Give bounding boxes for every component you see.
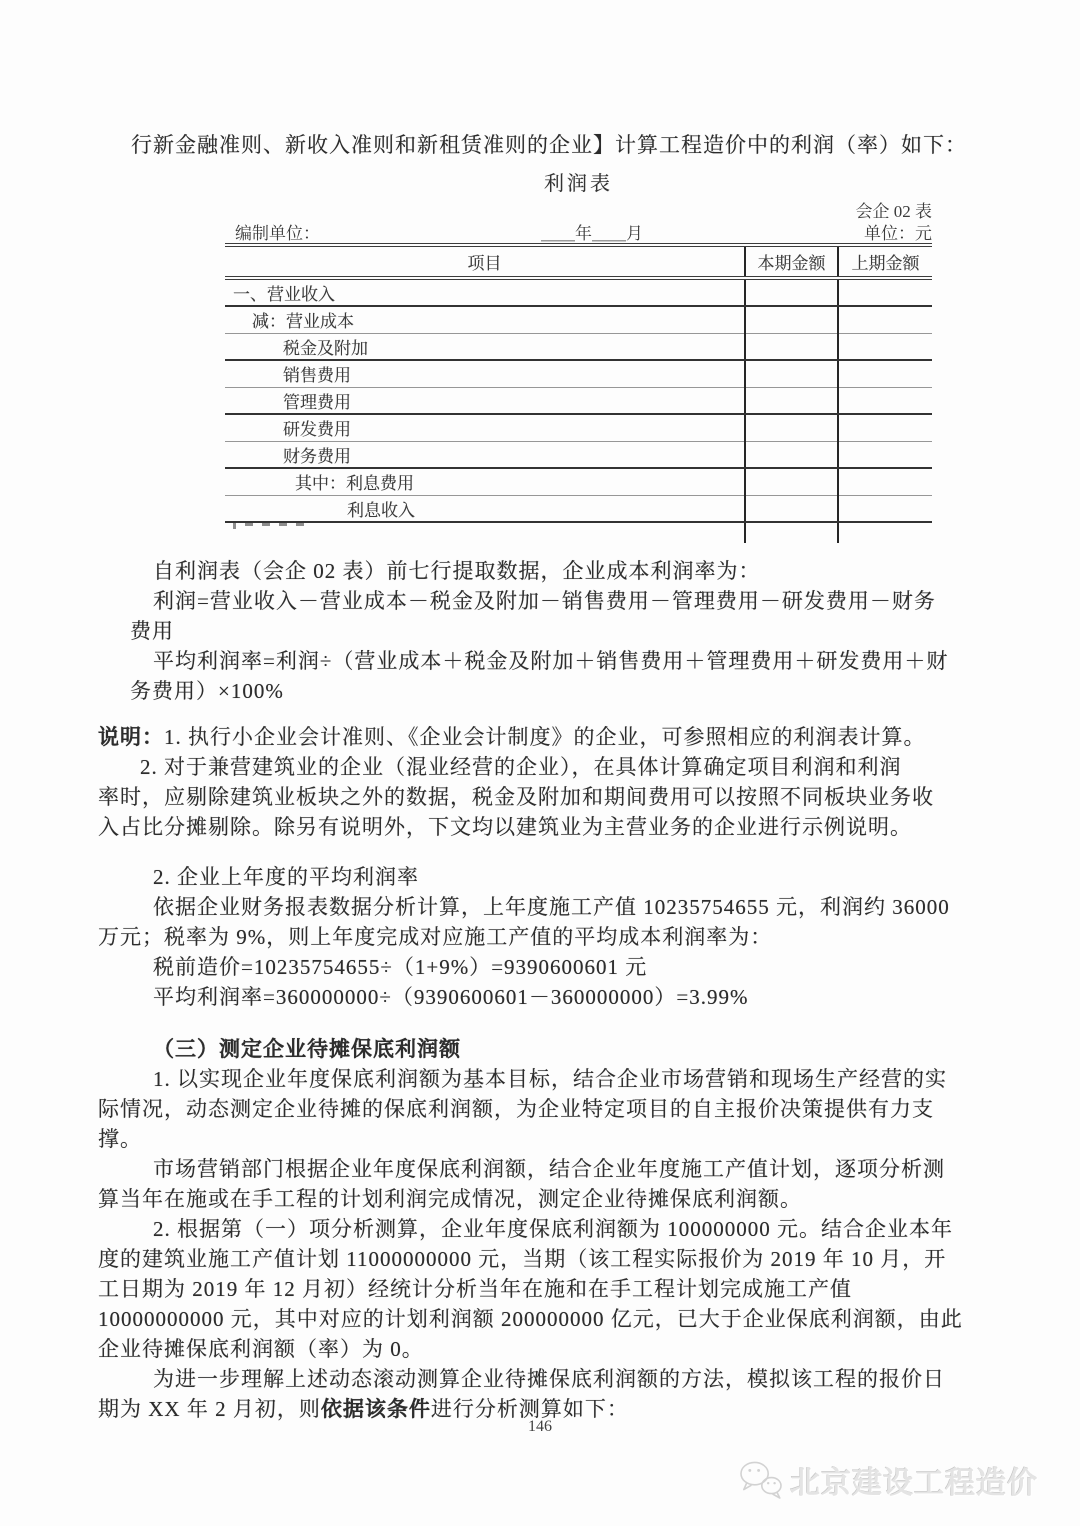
row-current-amount bbox=[745, 468, 838, 495]
text-segment: 度的建筑业施工产值计划 11000000000 元，当期（该工程实际报价为 20… bbox=[98, 1247, 946, 1271]
text-line: 务费用）×100% bbox=[98, 676, 970, 706]
text-line: 自利润表（会企 02 表）前七行提取数据，企业成本利润率为： bbox=[98, 556, 970, 586]
prepared-by-label: 编制单位： bbox=[225, 219, 320, 244]
profit-table-body: 一、营业收入减：营业成本税金及附加销售费用管理费用研发费用财务费用其中：利息费用… bbox=[225, 278, 932, 543]
text-line: 度的建筑业施工产值计划 11000000000 元，当期（该工程实际报价为 20… bbox=[98, 1244, 970, 1274]
text-line: 为进一步理解上述动态滚动测算企业待摊保底利润额的方法，模拟该工程的报价日 bbox=[98, 1364, 970, 1394]
watermark: 北京建设工程造价 bbox=[737, 1458, 1038, 1502]
text-segment: 企业待摊保底利润额（率）为 0。 bbox=[98, 1337, 424, 1361]
text-segment: 算当年在施或在手工程的计划利润完成情况，测定企业待摊保底利润额。 bbox=[98, 1187, 802, 1211]
row-prior-amount bbox=[838, 306, 932, 333]
row-prior-amount bbox=[838, 495, 932, 522]
bold-text-segment: （三）测定企业待摊保底利润额 bbox=[153, 1037, 461, 1061]
row-current-amount bbox=[745, 495, 838, 522]
row-prior-amount bbox=[838, 441, 932, 468]
text-segment: 自利润表（会企 02 表）前七行提取数据，企业成本利润率为： bbox=[153, 559, 761, 583]
text-segment: 费用 bbox=[130, 619, 174, 643]
col-header-prior: 上期金额 bbox=[838, 245, 932, 278]
col-header-item: 项目 bbox=[225, 245, 745, 278]
table-row: 管理费用 bbox=[225, 387, 932, 414]
text-line: 10000000000 元，其中对应的计划利润额 200000000 亿元，已大… bbox=[98, 1304, 970, 1334]
col-header-current: 本期金额 bbox=[745, 245, 838, 278]
text-line: 市场营销部门根据企业年度保底利润额，结合企业年度施工产值计划，逐项分析测 bbox=[98, 1154, 970, 1184]
text-line: 1. 以实现企业年度保底利润额为基本目标，结合企业市场营销和现场生产经营的实 bbox=[98, 1064, 970, 1094]
text-line: 2. 根据第（一）项分析测算，企业年度保底利润额为 100000000 元。结合… bbox=[98, 1214, 970, 1244]
text-segment: 1. 执行小企业会计准则、《企业会计制度》的企业，可参照相应的利润表计算。 bbox=[164, 725, 926, 749]
text-line: 利润=营业收入－营业成本－税金及附加－销售费用－管理费用－研发费用－财务 bbox=[98, 586, 970, 616]
text-segment: 平均利润率=360000000÷（9390600601－360000000）=3… bbox=[153, 985, 748, 1009]
text-line: 平均利润率=360000000÷（9390600601－360000000）=3… bbox=[98, 982, 970, 1012]
table-row: 减：营业成本 bbox=[225, 306, 932, 333]
text-line: 率时，应剔除建筑业板块之外的数据，税金及附加和期间费用可以按照不同板块业务收 bbox=[98, 782, 970, 812]
unit-label: 单位：元 bbox=[864, 219, 932, 244]
profit-table: 项目 本期金额 上期金额 一、营业收入减：营业成本税金及附加销售费用管理费用研发… bbox=[225, 243, 932, 543]
text-segment: 率时，应剔除建筑业板块之外的数据，税金及附加和期间费用可以按照不同板块业务收 bbox=[98, 785, 934, 809]
text-line: 2. 企业上年度的平均利润率 bbox=[98, 862, 970, 892]
row-current-amount bbox=[745, 387, 838, 414]
row-current-amount bbox=[745, 441, 838, 468]
table-header-row: 项目 本期金额 上期金额 bbox=[225, 245, 932, 278]
document-page: 行新金融准则、新收入准则和新租赁准则的企业】计算工程造价中的利润（率）如下： 利… bbox=[0, 0, 1080, 1526]
text-line: 算当年在施或在手工程的计划利润完成情况，测定企业待摊保底利润额。 bbox=[98, 1184, 970, 1214]
statement-title: 利润表 bbox=[225, 167, 932, 196]
row-prior-amount bbox=[838, 387, 932, 414]
row-prior-amount bbox=[838, 414, 932, 441]
row-prior-amount bbox=[838, 360, 932, 387]
text-line: 工日期为 2019 年 12 月初）经统计分析当年在施和在手工程计划完成施工产值 bbox=[98, 1274, 970, 1304]
text-segment: 际情况，动态测定企业待摊的保底利润额，为企业特定项目的自主报价决策提供有力支 bbox=[98, 1097, 934, 1121]
table-row: 一、营业收入 bbox=[225, 278, 932, 306]
text-line: 企业待摊保底利润额（率）为 0。 bbox=[98, 1334, 970, 1364]
row-current-amount bbox=[745, 306, 838, 333]
row-item-label: 减：营业成本 bbox=[225, 306, 745, 333]
date-blanks: ＿＿年＿＿月 bbox=[541, 219, 643, 244]
text-segment: 入占比分摊剔除。除另有说明外，下文均以建筑业为主营业务的企业进行示例说明。 bbox=[98, 815, 912, 839]
row-item-label: 财务费用 bbox=[225, 441, 745, 468]
row-prior-amount bbox=[838, 333, 932, 360]
row-item-label: 利息收入 bbox=[225, 495, 745, 522]
row-current-amount bbox=[745, 278, 838, 306]
text-segment: 为进一步理解上述动态滚动测算企业待摊保底利润额的方法，模拟该工程的报价日 bbox=[153, 1367, 945, 1391]
table-row: 其中：利息费用 bbox=[225, 468, 932, 495]
text-segment: 务费用）×100% bbox=[130, 679, 284, 703]
text-segment: 10000000000 元，其中对应的计划利润额 200000000 亿元，已大… bbox=[98, 1307, 963, 1331]
watermark-text: 北京建设工程造价 bbox=[790, 1458, 1038, 1502]
row-current-amount bbox=[745, 333, 838, 360]
row-current-amount bbox=[745, 414, 838, 441]
intro-line: 行新金融准则、新收入准则和新租赁准则的企业】计算工程造价中的利润（率）如下： bbox=[131, 131, 991, 159]
text-line: （三）测定企业待摊保底利润额 bbox=[98, 1034, 970, 1064]
text-line: 际情况，动态测定企业待摊的保底利润额，为企业特定项目的自主报价决策提供有力支 bbox=[98, 1094, 970, 1124]
table-row: 销售费用 bbox=[225, 360, 932, 387]
text-line: 万元；税率为 9%，则上年度完成对应施工产值的平均成本利润率为： bbox=[98, 922, 970, 952]
page-number: 146 bbox=[0, 1418, 1080, 1436]
row-item-label: 税金及附加 bbox=[225, 333, 745, 360]
text-segment: 撑。 bbox=[98, 1127, 142, 1151]
text-line: 2. 对于兼营建筑业的企业（混业经营的企业），在具体计算确定项目利润和利润 bbox=[98, 752, 970, 782]
text-segment: 2. 根据第（一）项分析测算，企业年度保底利润额为 100000000 元。结合… bbox=[153, 1217, 953, 1241]
text-line: 平均利润率=利润÷（营业成本＋税金及附加＋销售费用＋管理费用＋研发费用＋财 bbox=[98, 646, 970, 676]
row-item-label: 销售费用 bbox=[225, 360, 745, 387]
text-segment: 依据企业财务报表数据分析计算，上年度施工产值 10235754655 元，利润约… bbox=[153, 895, 950, 919]
row-item-label: 一、营业收入 bbox=[225, 278, 745, 306]
row-item-label: 其中：利息费用 bbox=[225, 468, 745, 495]
row-prior-amount bbox=[838, 468, 932, 495]
row-current-amount bbox=[745, 360, 838, 387]
table-row: 财务费用 bbox=[225, 441, 932, 468]
text-line: 税前造价=10235754655÷（1+9%）=9390600601 元 bbox=[98, 952, 970, 982]
text-segment: 2. 对于兼营建筑业的企业（混业经营的企业），在具体计算确定项目利润和利润 bbox=[140, 755, 902, 779]
text-segment: 1. 以实现企业年度保底利润额为基本目标，结合企业市场营销和现场生产经营的实 bbox=[153, 1067, 947, 1091]
text-line: 依据企业财务报表数据分析计算，上年度施工产值 10235754655 元，利润约… bbox=[98, 892, 970, 922]
table-row: 税金及附加 bbox=[225, 333, 932, 360]
text-line: 说明：1. 执行小企业会计准则、《企业会计制度》的企业，可参照相应的利润表计算。 bbox=[98, 722, 970, 752]
table-row: 利息收入 bbox=[225, 495, 932, 522]
text-segment: 平均利润率=利润÷（营业成本＋税金及附加＋销售费用＋管理费用＋研发费用＋财 bbox=[153, 649, 948, 673]
row-prior-amount bbox=[838, 278, 932, 306]
text-line: 撑。 bbox=[98, 1124, 970, 1154]
text-line: 费用 bbox=[98, 616, 970, 646]
body-text: 自利润表（会企 02 表）前七行提取数据，企业成本利润率为：利润=营业收入－营业… bbox=[98, 556, 970, 1424]
table-row: 研发费用 bbox=[225, 414, 932, 441]
text-segment: 税前造价=10235754655÷（1+9%）=9390600601 元 bbox=[153, 955, 647, 979]
text-segment: 万元；税率为 9%，则上年度完成对应施工产值的平均成本利润率为： bbox=[98, 925, 772, 949]
row-item-label: 研发费用 bbox=[225, 414, 745, 441]
text-segment: 2. 企业上年度的平均利润率 bbox=[153, 865, 419, 889]
statement-meta: 编制单位： ＿＿年＿＿月 单位：元 bbox=[225, 219, 932, 244]
bold-text-segment: 说明： bbox=[98, 725, 164, 749]
text-segment: 市场营销部门根据企业年度保底利润额，结合企业年度施工产值计划，逐项分析测 bbox=[153, 1157, 945, 1181]
text-line: 入占比分摊剔除。除另有说明外，下文均以建筑业为主营业务的企业进行示例说明。 bbox=[98, 812, 970, 842]
wechat-icon bbox=[737, 1459, 785, 1501]
text-segment: 工日期为 2019 年 12 月初）经统计分析当年在施和在手工程计划完成施工产值 bbox=[98, 1277, 852, 1301]
table-row-clipped bbox=[225, 522, 932, 543]
row-item-label: 管理费用 bbox=[225, 387, 745, 414]
text-segment: 利润=营业收入－营业成本－税金及附加－销售费用－管理费用－研发费用－财务 bbox=[153, 589, 936, 613]
